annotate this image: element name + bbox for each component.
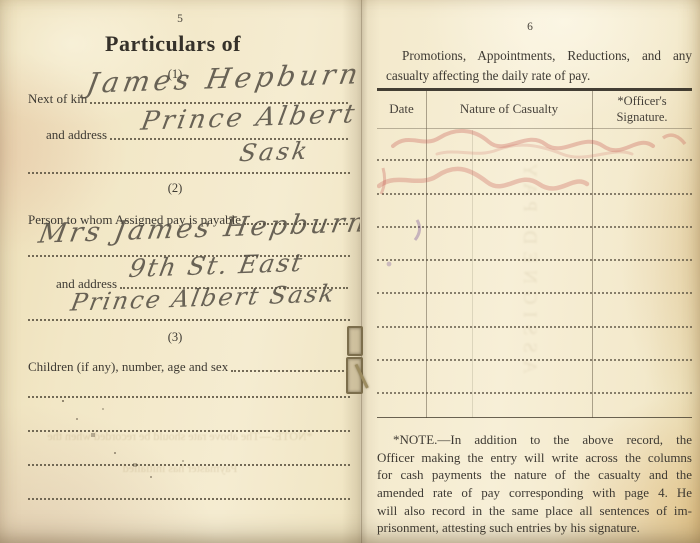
page-title: Particulars of: [0, 31, 346, 57]
casualty-table: Date Nature of Casualty *Officer's Signa…: [377, 88, 692, 418]
paper-specks: [62, 400, 64, 402]
next-of-kin-label: Next of kin: [28, 92, 87, 106]
dotted-leader: [28, 319, 350, 321]
right-page-number: 6: [360, 21, 700, 33]
bleedthrough-text: *NOTE.—The above rate should be recorded…: [22, 420, 338, 484]
table-row: [377, 361, 692, 394]
binding-crease-line: [361, 0, 362, 543]
section-2-number: (2): [0, 181, 350, 196]
pay-book-scan: 5 Particulars of (1) Next of kin James H…: [0, 0, 700, 543]
children-row: Children (if any), number, age and sex: [28, 356, 348, 374]
table-row: [377, 294, 692, 327]
right-page: 6 Promotions, Appointments, Reductions, …: [360, 0, 700, 543]
children-label: Children (if any), number, age and sex: [28, 360, 228, 374]
column-header-nature: Nature of Casualty: [426, 91, 592, 128]
column-header-signature: *Officer's Signature.: [592, 91, 692, 128]
table-body: [377, 128, 692, 410]
note-paragraph: *NOTE.—In addition to the above record, …: [377, 431, 692, 537]
table-row: [377, 261, 692, 294]
dotted-leader: [231, 370, 348, 372]
intro-line: casualty affecting the daily rate of pay…: [386, 66, 692, 86]
note-line: *NOTE.—In addition to the above record, …: [377, 431, 692, 449]
blank-line: [28, 382, 350, 400]
table-row: [377, 195, 692, 228]
table-row: [377, 161, 692, 194]
note-line: prisonment, attesting such entries by hi…: [377, 519, 692, 537]
dotted-leader: [110, 138, 348, 140]
staple: [347, 326, 363, 356]
intro-line: Promotions, Appointments, Reductions, an…: [386, 46, 692, 66]
table-row: [377, 128, 692, 161]
dotted-leader: [28, 396, 350, 398]
left-page-number: 5: [0, 13, 360, 25]
table-bottom-rule: [377, 417, 692, 418]
table-row: [377, 228, 692, 261]
left-page: 5 Particulars of (1) Next of kin James H…: [0, 0, 360, 543]
column-header-date: Date: [377, 91, 426, 128]
blank-line: [28, 484, 350, 502]
address-handwriting-2: Sask: [237, 137, 312, 167]
section-3-number: (3): [0, 330, 350, 345]
dotted-leader: [28, 172, 350, 174]
note-line: will also record in the same place all s…: [377, 502, 692, 520]
note-line: for cash payments the nature of the casu…: [377, 466, 692, 484]
address-label: and address: [46, 128, 107, 142]
table-header: Date Nature of Casualty *Officer's Signa…: [377, 91, 692, 128]
intro-paragraph: Promotions, Appointments, Reductions, an…: [386, 46, 692, 86]
note-line: Officer making the entry will write acro…: [377, 449, 692, 467]
table-row: [377, 328, 692, 361]
table-row: [377, 394, 692, 425]
note-line: amended rate of pay corresponding with p…: [377, 484, 692, 502]
dotted-leader: [28, 498, 350, 500]
